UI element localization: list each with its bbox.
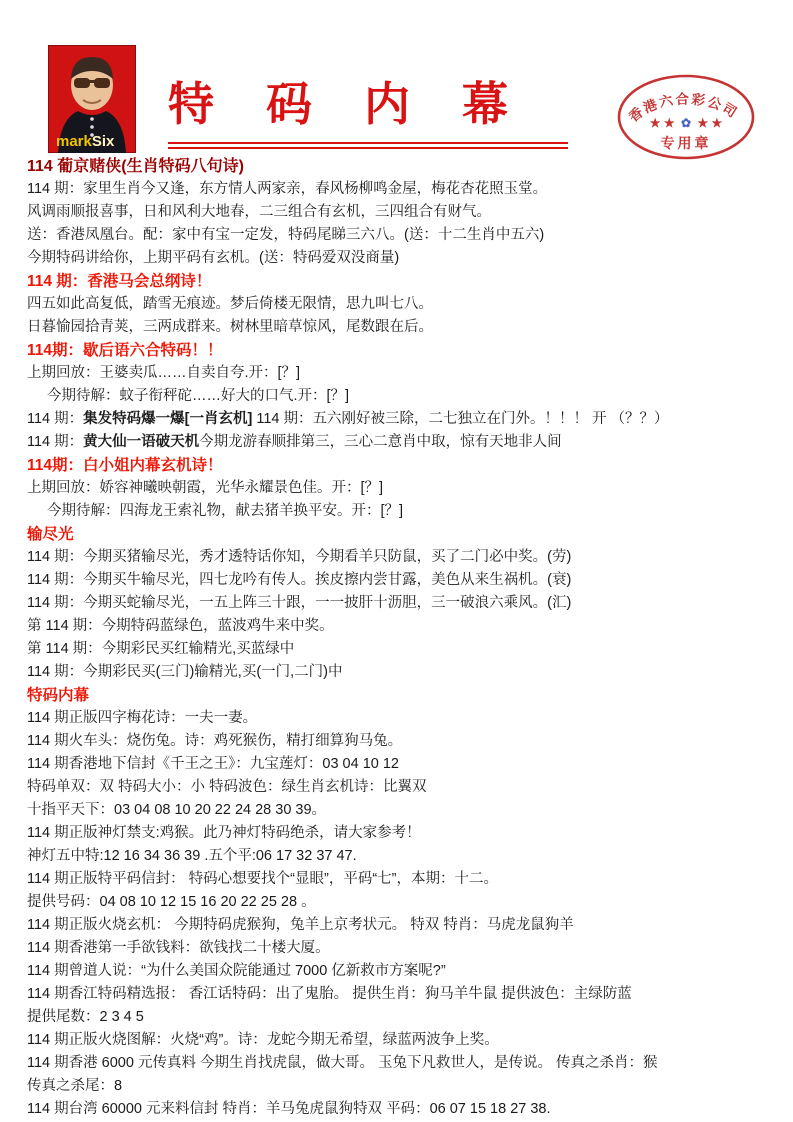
text-line: 特码单双：双 特码大小：小 特码波色：绿生肖玄机诗：比翼双: [27, 776, 772, 799]
text-line: 提供号码：04 08 10 12 15 16 20 22 25 28 。: [27, 891, 772, 914]
stamp-stars-left: ★ ★: [650, 116, 675, 130]
brand-portrait: markSix: [48, 45, 136, 153]
text-line: 今期特码讲给你，上期平码有玄机。(送：特码爱双没商量): [27, 247, 772, 270]
bold-segment: 集发特码爆一爆[一肖玄机]: [83, 411, 252, 427]
text-line: 十指平天下：03 04 08 10 20 22 24 28 30 39。: [27, 799, 772, 822]
text-line: 114 期香江特码精选报： 香江话特码：出了鬼胎。 提供生肖：狗马羊牛鼠 提供波…: [27, 983, 772, 1006]
section-header: 114 葡京赌侠(生肖特码八句诗): [27, 155, 772, 178]
text-line: 上期回放：娇容神曦映朝霞，光华永耀景色佳。开：[？]: [27, 477, 772, 500]
text-line: 114 期：家里生肖今又逢，东方情人两家亲，春风杨柳鸣金屋，梅花杏花照玉堂。: [27, 178, 772, 201]
text-line: 114 期正版神灯禁支:鸡猴。此乃神灯特码绝杀，请大家参考！: [27, 822, 772, 845]
text-line: 114 期：黄大仙一语破天机今期龙游春顺排第三，三心二意肖中取，惊有天地非人间: [27, 431, 772, 454]
section-header: 114期：白小姐内幕玄机诗！: [27, 454, 772, 477]
stamp-flower-icon: ✿: [681, 116, 691, 130]
text-line: 114 期：今期买牛输尽光，四七龙吟有传人。挨皮擦内尝甘露，美色从来生祸机。(衰…: [27, 569, 772, 592]
text-line: 114 期：今期彩民买(三门)输精光,买(一门,二门)中: [27, 661, 772, 684]
text-line: 风调雨顺报喜事，日和风利大地春，二三组合有玄机，三四组合有财气。: [27, 201, 772, 224]
section-header: 输尽光: [27, 523, 772, 546]
bold-segment: 黄大仙一语破天机: [83, 434, 199, 450]
portrait-photo: markSix: [48, 45, 136, 153]
text-line: 114 期正版火烧玄机： 今期特码虎猴狗，兔羊上京考状元。 特双 特肖：马虎龙鼠…: [27, 914, 772, 937]
text-line: 114 期香港 6000 元传真料 今期生肖找虎鼠，做大哥。 玉兔下凡救世人，是…: [27, 1052, 772, 1075]
text-line: 第 114 期：今期彩民买红输精光,买蓝绿中: [27, 638, 772, 661]
text-segment: 114 期：: [27, 411, 83, 427]
text-line: 送：香港凤凰台。配：家中有宝一定发，特码尾睇三六八。(送：十二生肖中五六): [27, 224, 772, 247]
text-segment: 114 期：: [27, 434, 83, 450]
section-header: 114 期：香港马会总纲诗！: [27, 270, 772, 293]
text-line: 第 114 期：今期特码蓝绿色，蓝波鸡牛来中奖。: [27, 615, 772, 638]
text-line: 114 期：今期买猪输尽光，秀才透特话你知，今期看羊只防鼠，买了二门必中奖。(劳…: [27, 546, 772, 569]
text-line: 114 期：今期买蛇输尽光，一五上阵三十跟，一一披肝十沥胆，三一破浪六乘风。(汇…: [27, 592, 772, 615]
text-line: 114 期正版火烧图解：火烧“鸡”。诗：龙蛇今期无希望，绿蓝两波争上奖。: [27, 1029, 772, 1052]
page-title: 特码内幕: [168, 68, 568, 149]
text-line: 日暮愉园拾青荚，三两成群来。树林里暗草惊风，尾数跟在后。: [27, 316, 772, 339]
text-line: 今期待解：四海龙王索礼物，献去猪羊换平安。开：[？]: [27, 500, 772, 523]
section-header: 114期：歇后语六合特码！！: [27, 339, 772, 362]
stamp-bottom-text: 专用章: [661, 135, 712, 151]
text-line: 四五如此高复低，踏雪无痕迹。梦后倚楼无限情，思九叫七八。: [27, 293, 772, 316]
stamp-seal-icon: 香港六合彩公司 ★ ★ ✿ ★ ★ 专用章: [612, 70, 760, 165]
stamp-stars-right: ★ ★: [697, 116, 722, 130]
text-line: 114 期：集发特码爆一爆[一肖玄机] 114 期：五六刚好被三除，二七独立在门…: [27, 408, 772, 431]
text-line: 上期回放：王婆卖瓜……自卖自夸.开：[？]: [27, 362, 772, 385]
text-line: 114 期正版四字梅花诗：一夫一妻。: [27, 707, 772, 730]
text-line: 今期待解：蚊子衔秤砣……好大的口气.开：[？]: [27, 385, 772, 408]
content-lines: 114 葡京赌侠(生肖特码八句诗)114 期：家里生肖今又逢，东方情人两家亲，春…: [27, 155, 772, 1121]
text-segment: 今期龙游春顺排第三，三心二意肖中取，惊有天地非人间: [199, 434, 562, 450]
text-line: 传真之杀尾：8: [27, 1075, 772, 1098]
tipsheet-page: markSix 特码内幕 香港六合彩公司 ★ ★ ✿ ★ ★ 专用章 114 葡…: [0, 0, 793, 1122]
section-header: 特码内幕: [27, 684, 772, 707]
text-line: 114 期台湾 60000 元来料信封 特肖：羊马兔虎鼠狗特双 平码：06 07…: [27, 1098, 772, 1121]
company-stamp: 香港六合彩公司 ★ ★ ✿ ★ ★ 专用章: [612, 70, 760, 165]
brand-logo: markSix: [56, 133, 115, 150]
text-line: 神灯五中特:12 16 34 36 39 .五个平:06 17 32 37 47…: [27, 845, 772, 868]
sunglasses-icon: [74, 78, 90, 88]
text-line: 114 期曾道人说：“为什么美国众院能通过 7000 亿新救市方案呢?”: [27, 960, 772, 983]
text-segment: 114 期：五六刚好被三除，二七独立在门外。！！！ 开 （？？）: [252, 411, 668, 427]
text-line: 114 期香港地下信封《千王之王》：九宝莲灯：03 04 10 12: [27, 753, 772, 776]
text-line: 114 期正版特平码信封： 特码心想要找个“显眼”，平码“七”，本期：十二。: [27, 868, 772, 891]
text-line: 提供尾数：2 3 4 5: [27, 1006, 772, 1029]
text-line: 114 期火车头：烧伤兔。诗：鸡死猴伤，精打细算狗马兔。: [27, 730, 772, 753]
text-line: 114 期香港第一手欲钱料：欲钱找二十楼大厦。: [27, 937, 772, 960]
svg-text:★ ★ ✿ ★ ★: ★ ★ ✿ ★ ★: [650, 116, 723, 130]
